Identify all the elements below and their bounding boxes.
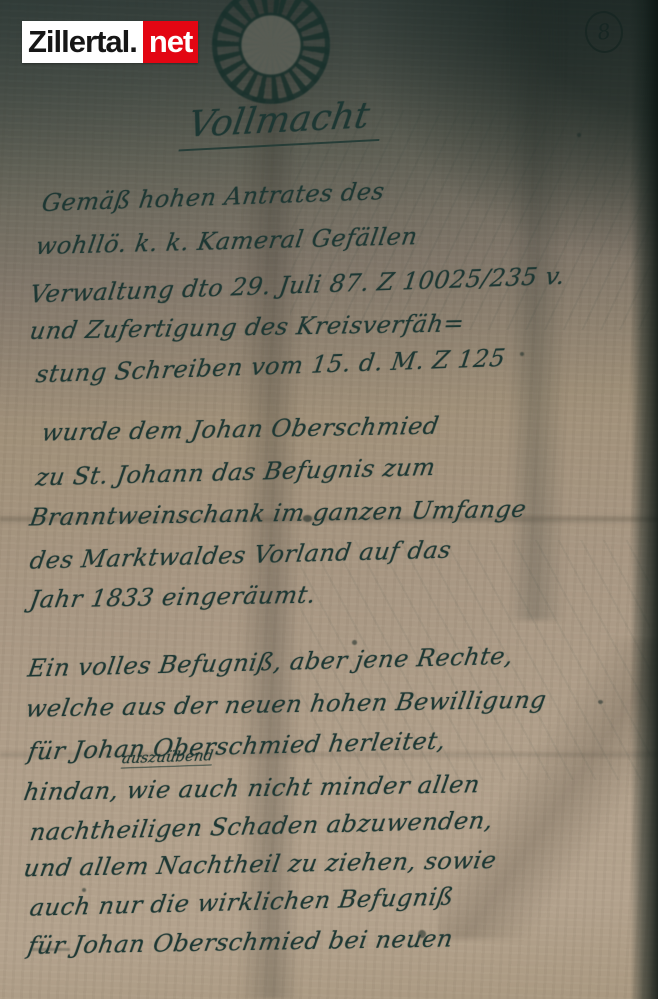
ink-speck	[577, 133, 581, 137]
handwritten-line: Jahr 1833 eingeräumt.	[28, 580, 318, 613]
watermark-text-black: Zillertal.	[22, 21, 143, 63]
ink-speck	[598, 700, 603, 704]
zillertal-net-watermark-logo: Zillertal. net	[22, 21, 198, 63]
document-photo: Zillertal. net 8 Vollmacht Gemäß hohen A…	[0, 0, 658, 999]
watermark-text-red: net	[143, 21, 199, 63]
paper-edge-shadow	[630, 0, 658, 999]
inserted-word-above-line: auszuübend	[121, 746, 215, 768]
ink-speck	[520, 352, 524, 356]
ink-speck	[352, 640, 357, 645]
